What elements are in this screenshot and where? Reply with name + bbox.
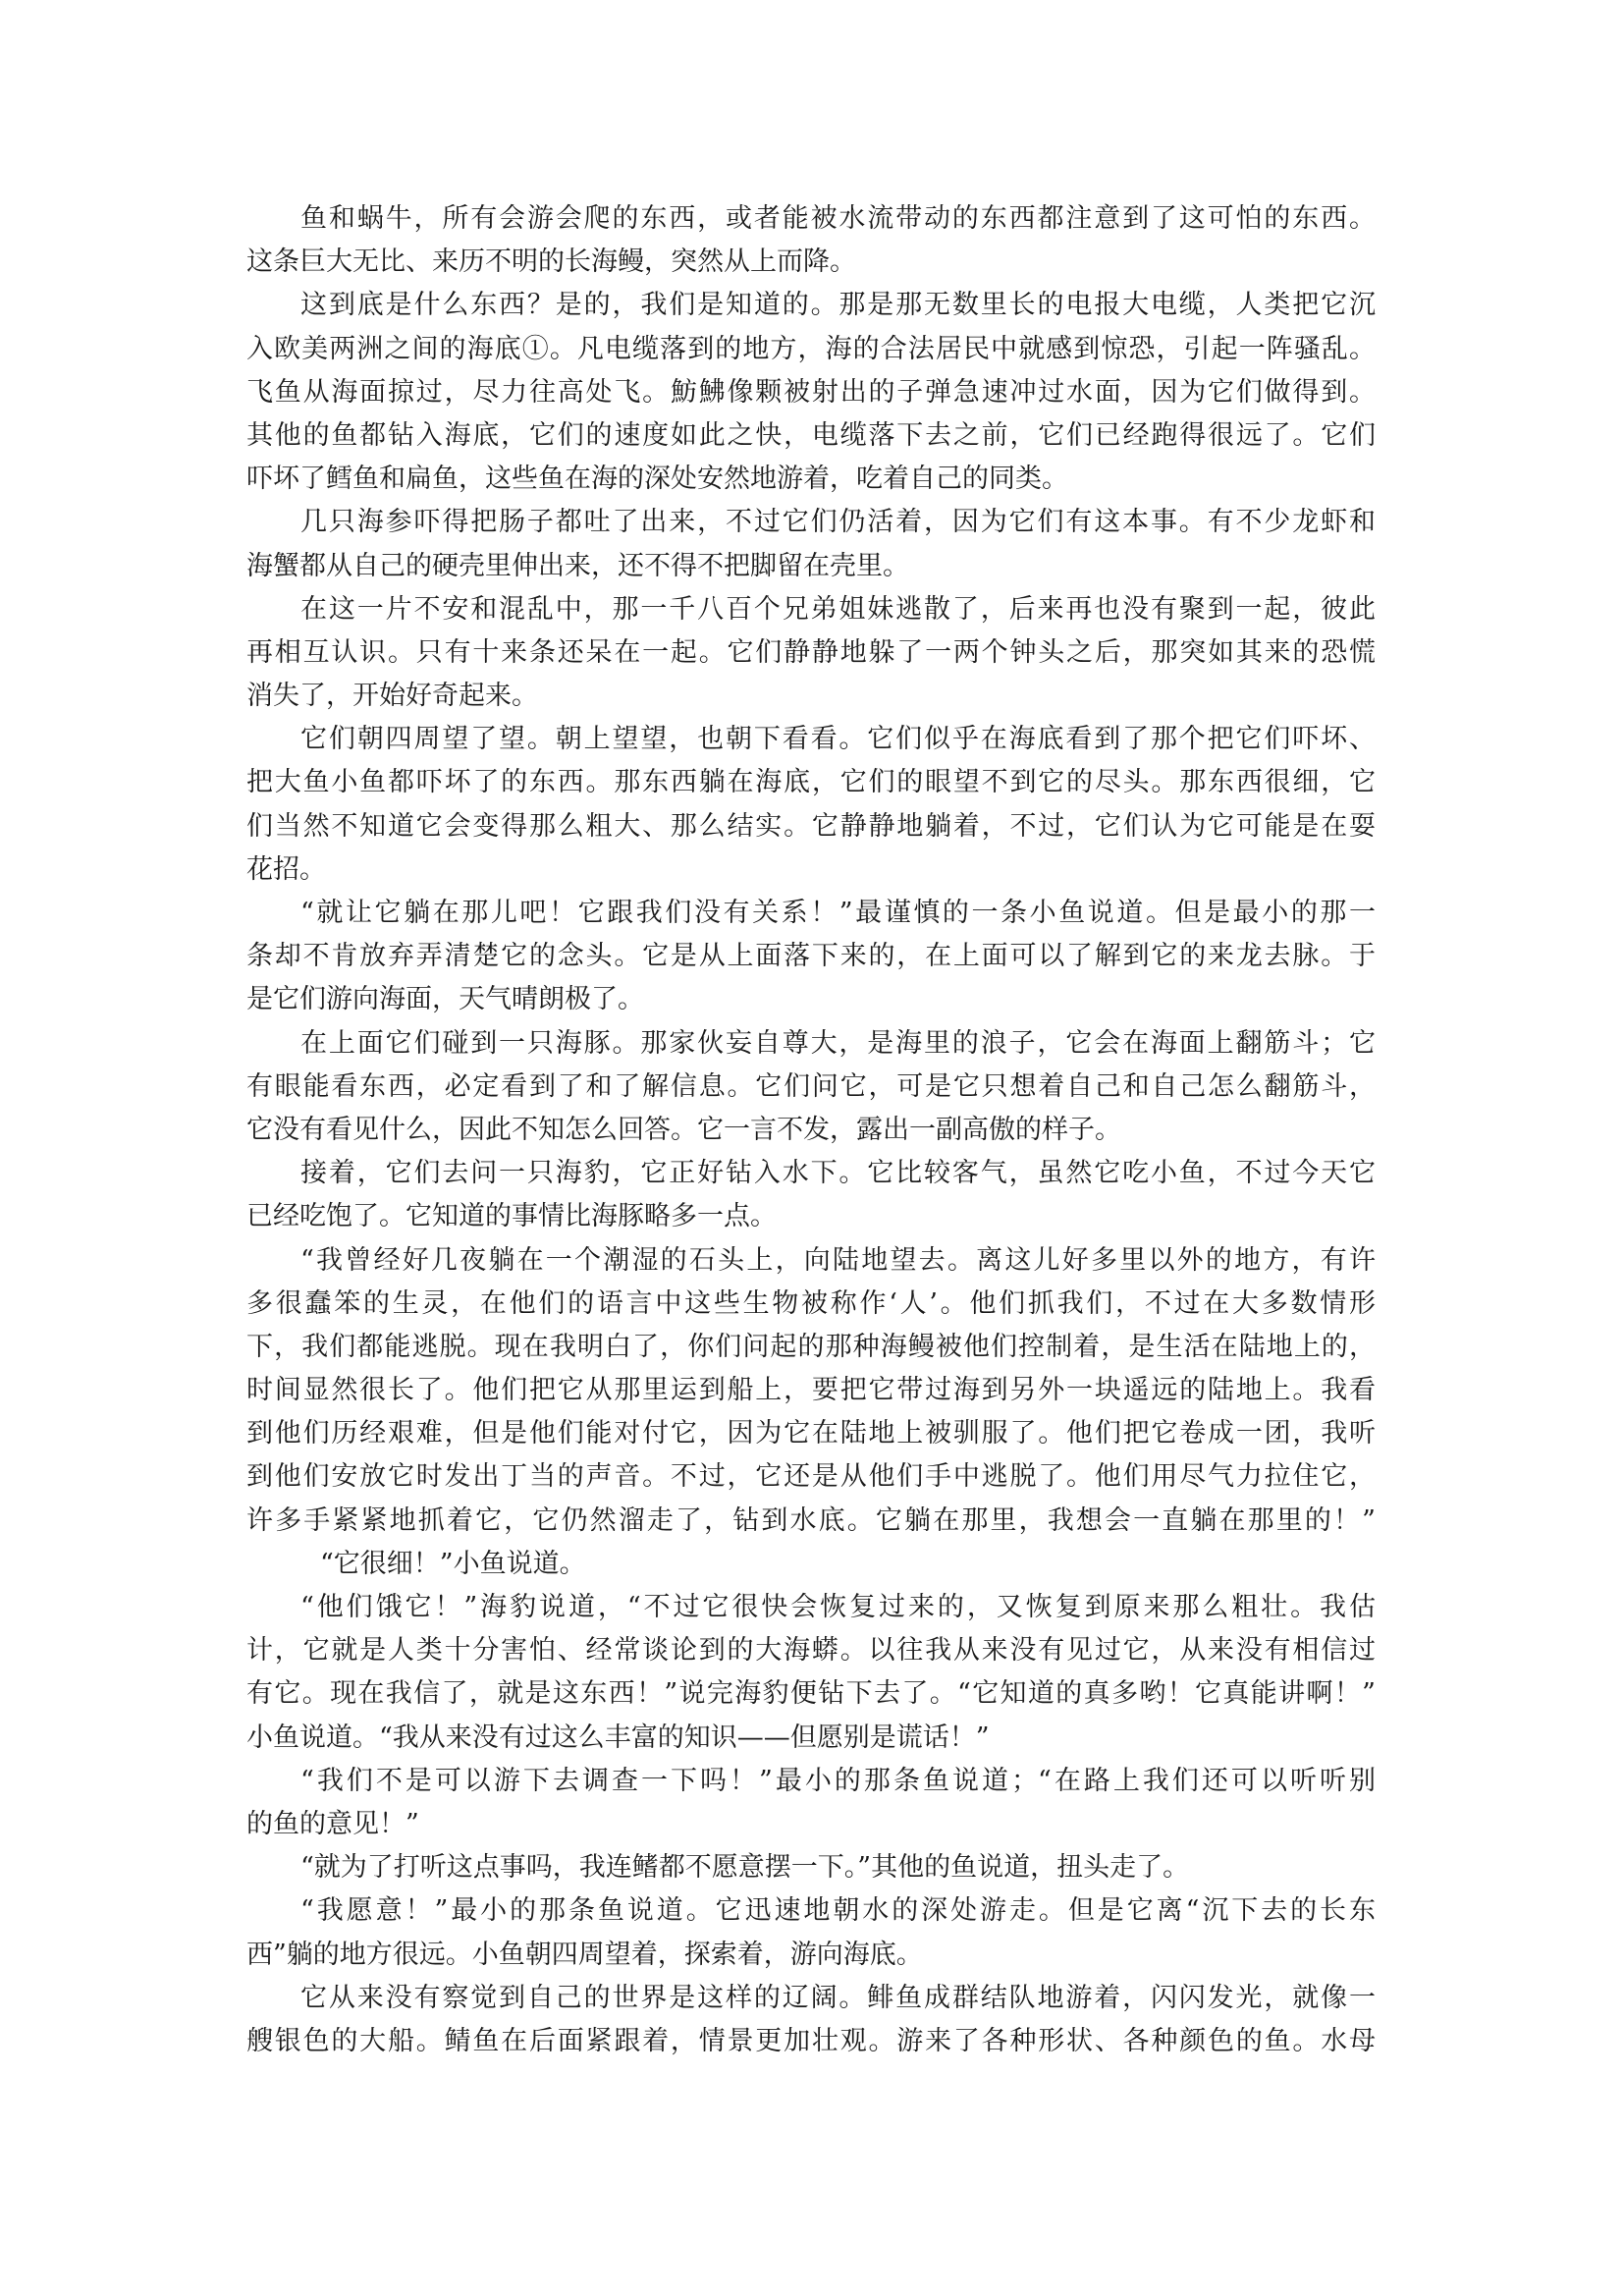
text-line: 其他的鱼都钻入海底，它们的速度如此之快，电缆落下去之前，它们已经跑得很远了。它们 [246, 414, 1376, 458]
text-line: “就为了打听这点事吗，我连鳍都不愿意摆一下。”其他的鱼说道，扭头走了。 [246, 1846, 1376, 1889]
text-line: 时间显然很长了。他们把它从那里运到船上，要把它带过海到另外一块遥远的陆地上。我看 [246, 1369, 1376, 1412]
text-line: 在这一片不安和混乱中，那一千八百个兄弟姐妹逃散了，后来再也没有聚到一起，彼此 [246, 588, 1376, 631]
text-line: 已经吃饱了。它知道的事情比海豚略多一点。 [246, 1195, 1376, 1238]
text-line: 它没有看见什么，因此不知怎么回答。它一言不发，露出一副高傲的样子。 [246, 1109, 1376, 1152]
text-line: “它很细！”小鱼说道。 [246, 1543, 1376, 1586]
text-line: 小鱼说道。“我从来没有过这么丰富的知识——但愿别是谎话！” [246, 1717, 1376, 1760]
text-line: 把大鱼小鱼都吓坏了的东西。那东西躺在海底，它们的眼望不到它的尽头。那东西很细，它 [246, 761, 1376, 804]
text-line: 条却不肯放弃弄清楚它的念头。它是从上面落下来的，在上面可以了解到它的来龙去脉。于 [246, 935, 1376, 978]
text-line: 入欧美两洲之间的海底①。凡电缆落到的地方，海的合法居民中就感到惊恐，引起一阵骚乱… [246, 328, 1376, 371]
text-line: 到他们安放它时发出丁当的声音。不过，它还是从他们手中逃脱了。他们用尽气力拉住它， [246, 1455, 1376, 1499]
text-line: “我愿意！”最小的那条鱼说道。它迅速地朝水的深处游走。但是它离“沉下去的长东 [246, 1889, 1376, 1933]
text-line: 西”躺的地方很远。小鱼朝四周望着，探索着，游向海底。 [246, 1934, 1376, 1977]
text-line: 几只海参吓得把肠子都吐了出来，不过它们仍活着，因为它们有这本事。有不少龙虾和 [246, 501, 1376, 544]
text-line: 它从来没有察觉到自己的世界是这样的辽阔。鲱鱼成群结队地游着，闪闪发光，就像一 [246, 1977, 1376, 2020]
text-line: 消失了，开始好奇起来。 [246, 675, 1376, 718]
text-line: 海蟹都从自己的硬壳里伸出来，还不得不把脚留在壳里。 [246, 545, 1376, 588]
text-line: 下，我们都能逃脱。现在我明白了，你们问起的那种海鳗被他们控制着，是生活在陆地上的… [246, 1326, 1376, 1369]
text-line: “我曾经好几夜躺在一个潮湿的石头上，向陆地望去。离这儿好多里以外的地方，有许 [246, 1239, 1376, 1283]
text-line: 吓坏了鳕鱼和扁鱼，这些鱼在海的深处安然地游着，吃着自己的同类。 [246, 458, 1376, 501]
text-line: “就让它躺在那儿吧！它跟我们没有关系！”最谨慎的一条小鱼说道。但是最小的那一 [246, 892, 1376, 935]
text-line: “他们饿它！”海豹说道，“不过它很快会恢复过来的，又恢复到原来那么粗壮。我估 [246, 1586, 1376, 1629]
text-line: 们当然不知道它会变得那么粗大、那么结实。它静静地躺着，不过，它们认为它可能是在耍 [246, 805, 1376, 848]
text-line: 这条巨大无比、来历不明的长海鳗，突然从上而降。 [246, 241, 1376, 284]
text-line: 多很蠢笨的生灵，在他们的语言中这些生物被称作‘人’。他们抓我们，不过在大多数情形 [246, 1283, 1376, 1326]
text-line: 的鱼的意见！” [246, 1803, 1376, 1846]
text-line: 到他们历经艰难，但是他们能对付它，因为它在陆地上被驯服了。他们把它卷成一团，我听 [246, 1412, 1376, 1455]
document-page: 鱼和蜗牛，所有会游会爬的东西，或者能被水流带动的东西都注意到了这可怕的东西。这条… [0, 0, 1623, 2296]
text-line: “我们不是可以游下去调查一下吗！”最小的那条鱼说道；“在路上我们还可以听听别 [246, 1760, 1376, 1803]
text-line: 在上面它们碰到一只海豚。那家伙妄自尊大，是海里的浪子，它会在海面上翻筋斗；它 [246, 1022, 1376, 1066]
text-line: 它们朝四周望了望。朝上望望，也朝下看看。它们似乎在海底看到了那个把它们吓坏、 [246, 718, 1376, 761]
text-line: 许多手紧紧地抓着它，它仍然溜走了，钻到水底。它躺在那里，我想会一直躺在那里的！” [246, 1500, 1376, 1543]
text-line: 有眼能看东西，必定看到了和了解信息。它们问它，可是它只想着自己和自己怎么翻筋斗， [246, 1066, 1376, 1109]
text-line: 这到底是什么东西？是的，我们是知道的。那是那无数里长的电报大电缆，人类把它沉 [246, 284, 1376, 327]
text-line: 花招。 [246, 848, 1376, 892]
text-line: 接着，它们去问一只海豹，它正好钻入水下。它比较客气，虽然它吃小鱼，不过今天它 [246, 1152, 1376, 1195]
text-line: 有它。现在我信了，就是这东西！”说完海豹便钻下去了。“它知道的真多哟！它真能讲啊… [246, 1672, 1376, 1716]
text-line: 是它们游向海面，天气晴朗极了。 [246, 978, 1376, 1021]
text-line: 鱼和蜗牛，所有会游会爬的东西，或者能被水流带动的东西都注意到了这可怕的东西。 [246, 197, 1376, 241]
text-line: 计，它就是人类十分害怕、经常谈论到的大海蟒。以往我从来没有见过它，从来没有相信过 [246, 1629, 1376, 1672]
text-line: 飞鱼从海面掠过，尽力往高处飞。魴鮄像颗被射出的子弹急速冲过水面，因为它们做得到。 [246, 371, 1376, 414]
story-text-body: 鱼和蜗牛，所有会游会爬的东西，或者能被水流带动的东西都注意到了这可怕的东西。这条… [246, 197, 1376, 2063]
text-line: 艘银色的大船。鲭鱼在后面紧跟着，情景更加壮观。游来了各种形状、各种颜色的鱼。水母 [246, 2020, 1376, 2063]
text-line: 再相互认识。只有十来条还呆在一起。它们静静地躲了一两个钟头之后，那突如其来的恐慌 [246, 631, 1376, 675]
